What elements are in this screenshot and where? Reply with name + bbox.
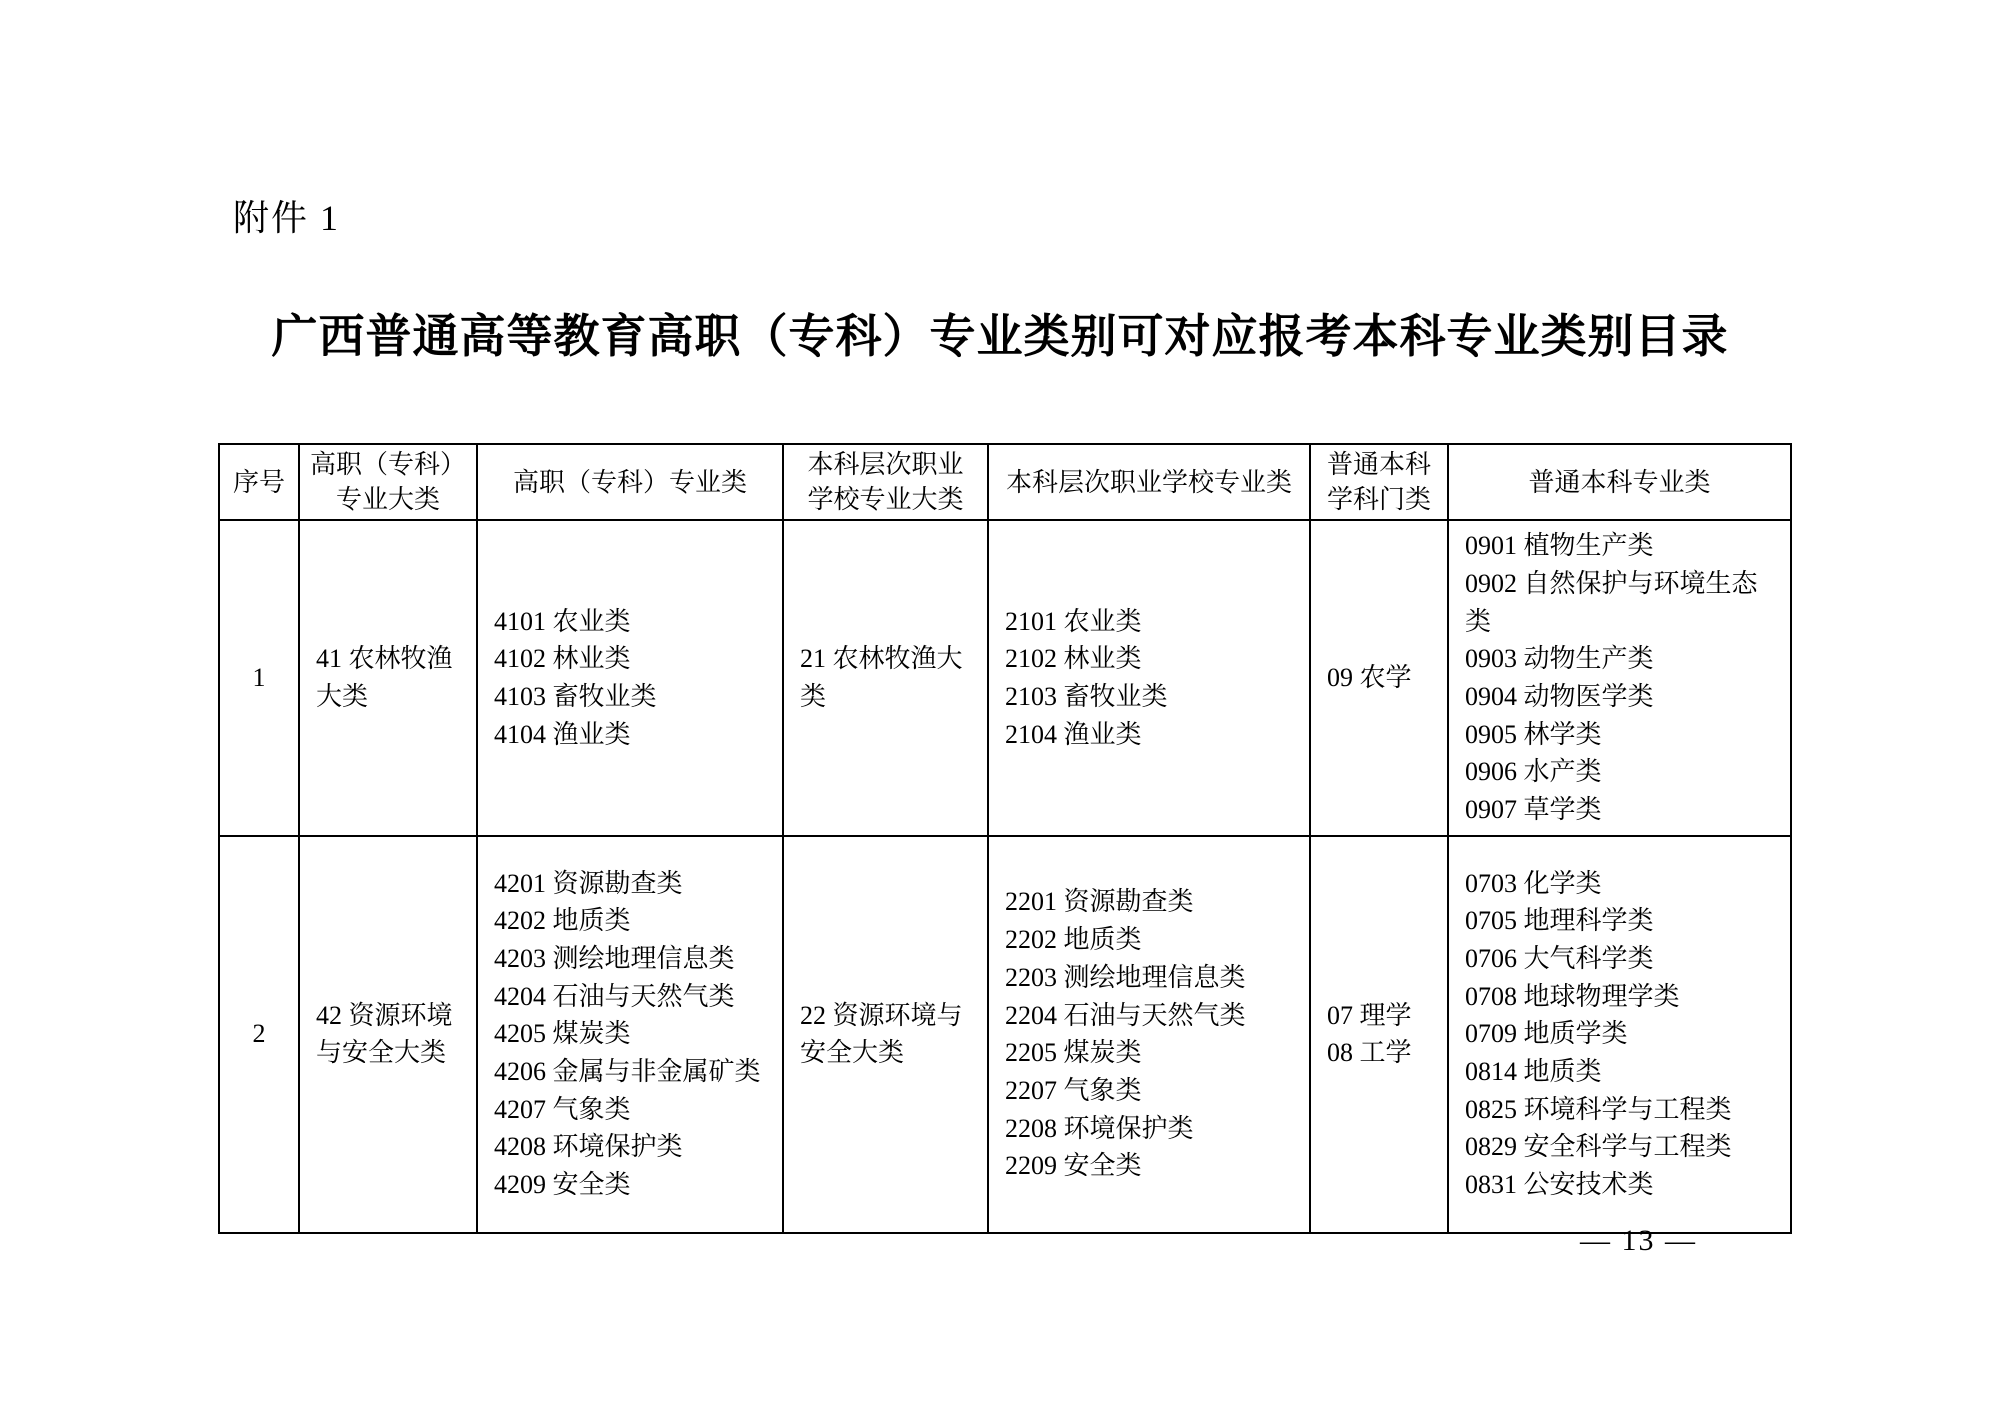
cell-vocational-categories: 4101 农业类 4102 林业类 4103 畜牧业类 4104 渔业类 bbox=[477, 520, 783, 836]
cell-discipline-group: 09 农学 bbox=[1310, 520, 1448, 836]
col-header-discipline-group: 普通本科 学科门类 bbox=[1310, 444, 1448, 520]
attachment-label: 附件 1 bbox=[233, 190, 340, 241]
cell-undergrad-vocational-categories: 2201 资源勘查类 2202 地质类 2203 测绘地理信息类 2204 石油… bbox=[988, 836, 1310, 1233]
col-header-undergrad-vocational-categories: 本科层次职业学校专业类 bbox=[988, 444, 1310, 520]
cell-undergrad-vocational-group: 22 资源环境与安全大类 bbox=[783, 836, 988, 1233]
cell-undergrad-categories: 0901 植物生产类 0902 自然保护与环境生态类 0903 动物生产类 09… bbox=[1448, 520, 1791, 836]
major-mapping-table: 序号 高职（专科） 专业大类 高职（专科）专业类 本科层次职业 学校专业大类 本… bbox=[218, 443, 1792, 1234]
cell-seq: 1 bbox=[219, 520, 299, 836]
cell-discipline-group: 07 理学 08 工学 bbox=[1310, 836, 1448, 1233]
col-header-vocational-categories: 高职（专科）专业类 bbox=[477, 444, 783, 520]
cell-vocational-group: 42 资源环境与安全大类 bbox=[299, 836, 477, 1233]
cell-undergrad-categories: 0703 化学类 0705 地理科学类 0706 大气科学类 0708 地球物理… bbox=[1448, 836, 1791, 1233]
col-header-undergrad-vocational-group: 本科层次职业 学校专业大类 bbox=[783, 444, 988, 520]
col-header-vocational-group: 高职（专科） 专业大类 bbox=[299, 444, 477, 520]
table-header-row: 序号 高职（专科） 专业大类 高职（专科）专业类 本科层次职业 学校专业大类 本… bbox=[219, 444, 1791, 520]
cell-undergrad-vocational-group: 21 农林牧渔大类 bbox=[783, 520, 988, 836]
page-number: — 13 — bbox=[1580, 1224, 1697, 1258]
cell-seq: 2 bbox=[219, 836, 299, 1233]
col-header-seq: 序号 bbox=[219, 444, 299, 520]
table-row: 1 41 农林牧渔大类 4101 农业类 4102 林业类 4103 畜牧业类 … bbox=[219, 520, 1791, 836]
cell-undergrad-vocational-categories: 2101 农业类 2102 林业类 2103 畜牧业类 2104 渔业类 bbox=[988, 520, 1310, 836]
cell-vocational-categories: 4201 资源勘查类 4202 地质类 4203 测绘地理信息类 4204 石油… bbox=[477, 836, 783, 1233]
cell-vocational-group: 41 农林牧渔大类 bbox=[299, 520, 477, 836]
page-title: 广西普通高等教育高职（专科）专业类别可对应报考本科专业类别目录 bbox=[0, 300, 2000, 366]
table-row: 2 42 资源环境与安全大类 4201 资源勘查类 4202 地质类 4203 … bbox=[219, 836, 1791, 1233]
col-header-undergrad-categories: 普通本科专业类 bbox=[1448, 444, 1791, 520]
